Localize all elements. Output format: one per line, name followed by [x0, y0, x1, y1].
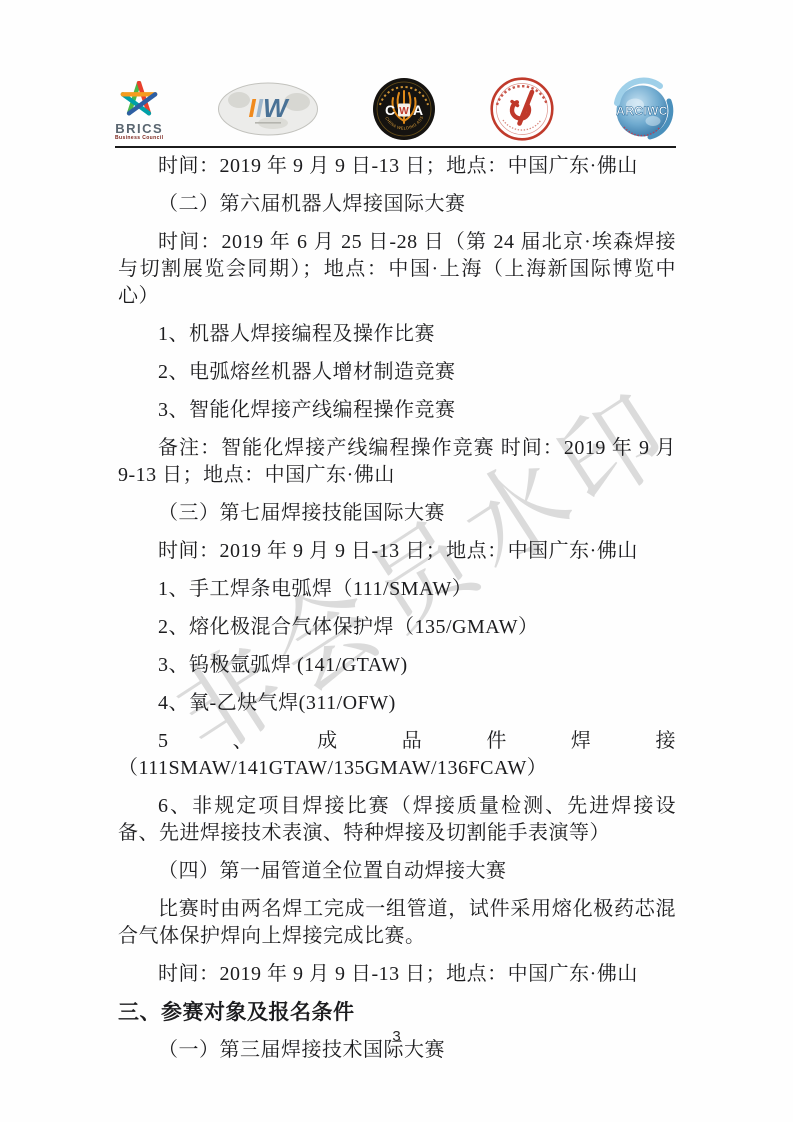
svg-text:C: C [385, 102, 395, 118]
brics-business-council-logo: BRICS Business Council [115, 81, 163, 141]
paragraph: 3、钨极氩弧焊 (141/GTAW) [118, 652, 676, 679]
red-welding-society-seal-logo [489, 76, 555, 146]
section-heading: 三、参赛对象及报名条件 [118, 999, 676, 1026]
paragraph: 备注：智能化焊接产线编程操作竞赛 时间：2019 年 9 月 9-13 日；地点… [118, 435, 676, 489]
paragraph: 时间：2019 年 6 月 25 日-28 日（第 24 届北京·埃森焊接与切割… [118, 229, 676, 310]
cwa-logo: C W A CHINA WELDING ASSOCIATION [372, 77, 436, 145]
paragraph: 5、成品件焊接（111SMAW/141GTAW/135GMAW/136FCAW） [118, 728, 676, 782]
cwa-emblem-icon: C W A CHINA WELDING ASSOCIATION [372, 77, 436, 145]
svg-text:A: A [413, 102, 423, 118]
red-seal-icon [489, 76, 555, 146]
paragraph: 2、电弧熔丝机器人增材制造竞赛 [118, 359, 676, 386]
paragraph: 时间：2019 年 9 月 9 日-13 日；地点：中国广东·佛山 [118, 538, 676, 565]
paragraph: 2、熔化极混合气体保护焊（135/GMAW） [118, 614, 676, 641]
brics-logo-label: BRICS [115, 122, 163, 135]
iiw-logo: IIW [217, 82, 319, 140]
page-number: 3 [0, 1028, 793, 1045]
paragraph: （三）第七届焊接技能国际大赛 [118, 500, 676, 527]
paragraph: 比赛时由两名焊工完成一组管道，试件采用熔化极药芯混合气体保护焊向上焊接完成比赛。 [118, 896, 676, 950]
iiw-globe-icon: IIW [217, 82, 319, 140]
header-logo-strip: BRICS Business Council IIW [115, 78, 676, 144]
paragraph: 3、智能化焊接产线编程操作竞赛 [118, 397, 676, 424]
svg-text:W: W [399, 106, 409, 117]
brics-logo-sublabel: Business Council [115, 136, 163, 141]
arciwc-logo-label: ARCIWC [616, 104, 668, 118]
paragraph: （四）第一届管道全位置自动焊接大赛 [118, 858, 676, 885]
paragraph: 1、机器人焊接编程及操作比赛 [118, 321, 676, 348]
paragraph: 1、手工焊条电弧焊（111/SMAW） [118, 576, 676, 603]
document-body: 时间：2019 年 9 月 9 日-13 日；地点：中国广东·佛山（二）第六届机… [118, 153, 676, 1075]
arciwc-globe-icon: ARCIWC [608, 75, 676, 147]
arciwc-logo: ARCIWC [608, 75, 676, 147]
paragraph: 6、非规定项目焊接比赛（焊接质量检测、先进焊接设备、先进焊接技术表演、特种焊接及… [118, 793, 676, 847]
paragraph: 时间：2019 年 9 月 9 日-13 日；地点：中国广东·佛山 [118, 153, 676, 180]
paragraph: （二）第六届机器人焊接国际大赛 [118, 191, 676, 218]
paragraph: 时间：2019 年 9 月 9 日-13 日；地点：中国广东·佛山 [118, 961, 676, 988]
scanned-document-page: 非会员水印 BRICS Business Council [0, 0, 793, 1122]
header-divider-line [115, 146, 676, 148]
svg-text:IIW: IIW [248, 93, 289, 123]
paragraph: 4、氧-乙炔气焊(311/OFW) [118, 690, 676, 717]
brics-star-icon [119, 81, 159, 121]
